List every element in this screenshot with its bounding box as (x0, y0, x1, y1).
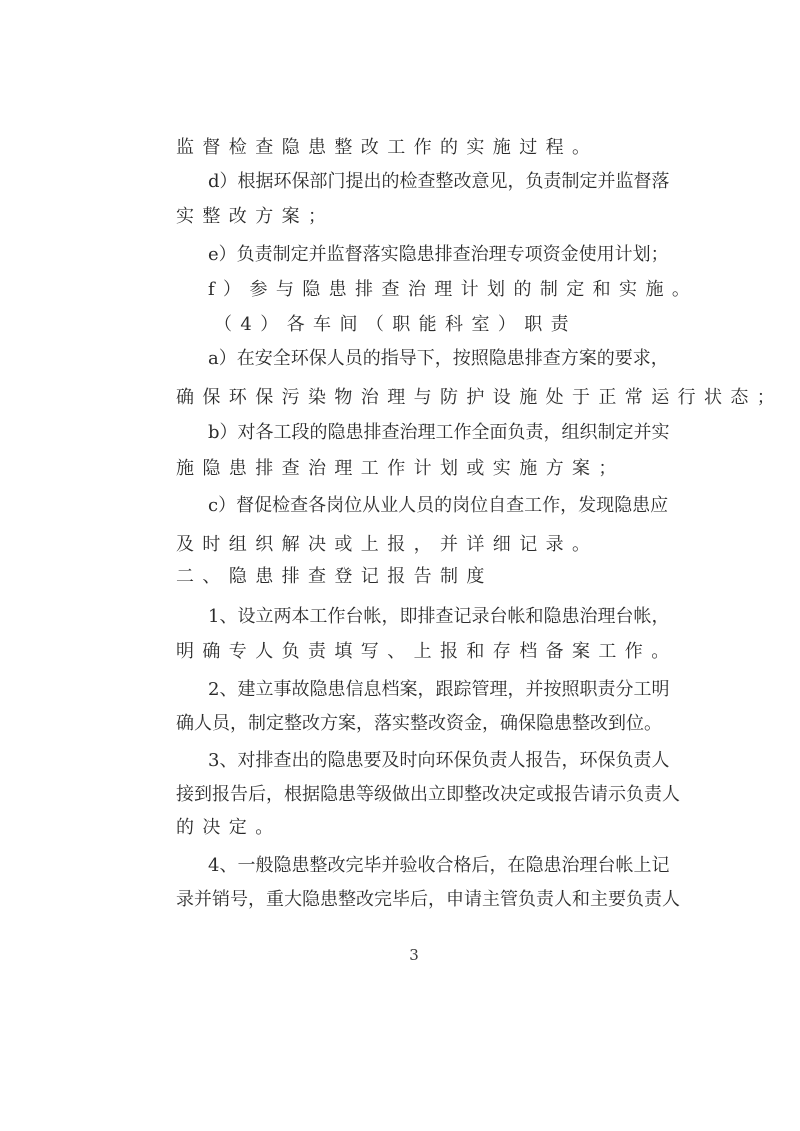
list-item-e: e）负责制定并监督落实隐患排查治理专项资金使用计划； (208, 240, 654, 270)
section-heading: 二、隐患排查登记报告制度 (176, 562, 654, 592)
paragraph-line-continuation: 实整改方案； (176, 202, 654, 232)
subsection-heading: （4）各车间（职能科室）职责 (214, 310, 654, 340)
paragraph-line-continuation: 的决定。 (176, 813, 654, 843)
list-item-b: b）对各工段的隐患排查治理工作全面负责，组织制定并实 (208, 418, 654, 448)
list-item-f: f）参与隐患排查治理计划的制定和实施。 (208, 275, 654, 305)
page-number: 3 (407, 944, 421, 966)
list-item-d: d）根据环保部门提出的检查整改意见，负责制定并监督落 (208, 167, 654, 197)
paragraph-line-continuation: 及时组织解决或上报，并详细记录。 (176, 530, 654, 560)
list-item-2: 2、建立事故隐患信息档案，跟踪管理，并按照职责分工明 (208, 675, 654, 705)
paragraph-line-continuation: 监督检查隐患整改工作的实施过程。 (176, 133, 654, 163)
list-item-3: 3、对排查出的隐患要及时向环保负责人报告，环保负责人 (208, 746, 654, 776)
document-page: 监督检查隐患整改工作的实施过程。 d）根据环保部门提出的检查整改意见，负责制定并… (0, 0, 800, 1131)
list-item-a: a）在安全环保人员的指导下，按照隐患排查方案的要求， (208, 344, 654, 374)
paragraph-line-continuation: 录并销号，重大隐患整改完毕后，申请主管负责人和主要负责人 (176, 885, 654, 915)
list-item-1: 1、设立两本工作台帐，即排查记录台帐和隐患治理台帐， (208, 602, 654, 632)
paragraph-line-continuation: 明确专人负责填写、上报和存档备案工作。 (176, 637, 654, 667)
paragraph-line-continuation: 施隐患排查治理工作计划或实施方案； (176, 454, 654, 484)
list-item-4: 4、一般隐患整改完毕并验收合格后，在隐患治理台帐上记 (208, 851, 654, 881)
list-item-c: c）督促检查各岗位从业人员的岗位自查工作，发现隐患应 (208, 491, 654, 521)
paragraph-line-continuation: 确保环保污染物治理与防护设施处于正常运行状态； (176, 383, 654, 413)
paragraph-line-continuation: 接到报告后，根据隐患等级做出立即整改决定或报告请示负责人 (176, 780, 654, 810)
paragraph-line-continuation: 确人员，制定整改方案，落实整改资金，确保隐患整改到位。 (176, 709, 654, 739)
